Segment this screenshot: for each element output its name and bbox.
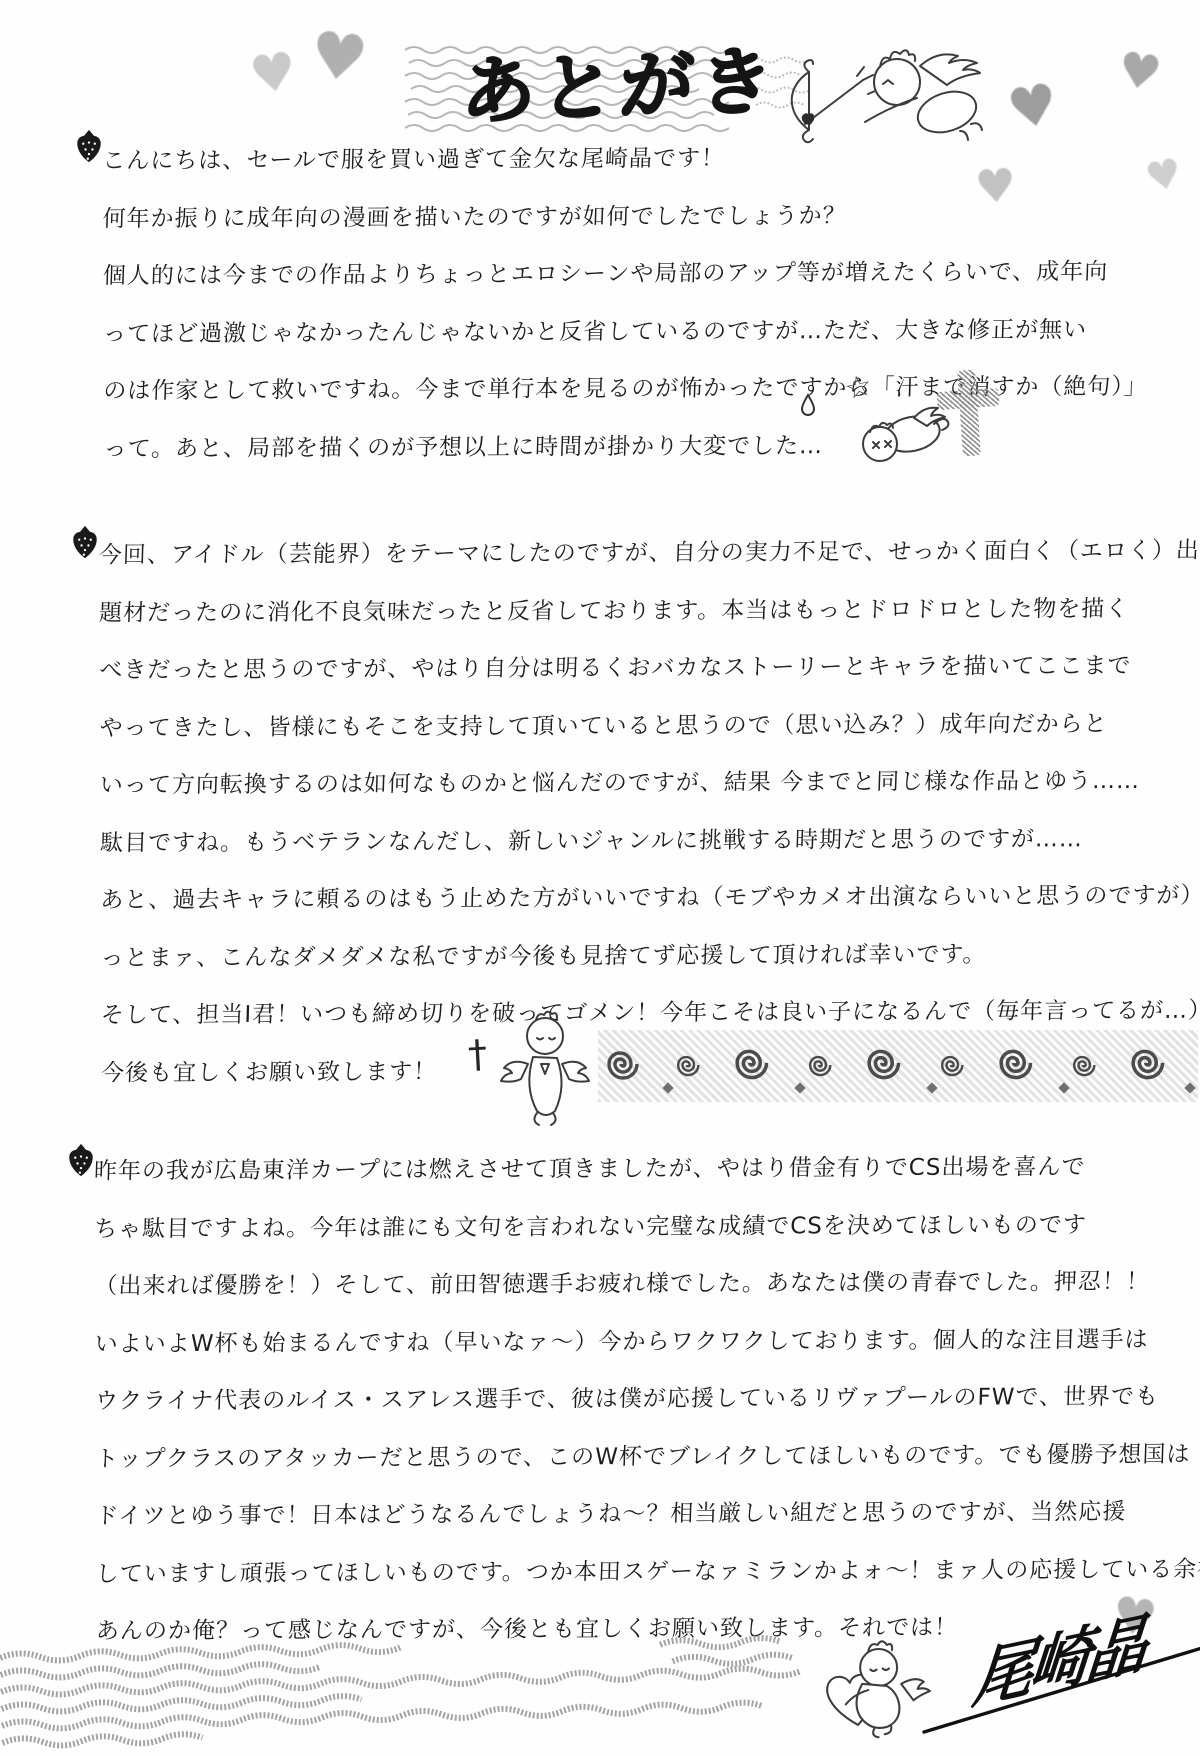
heart-icon: ♥ — [973, 162, 1017, 211]
strawberry-icon — [70, 524, 100, 560]
text-line: 昨年の我が広島東洋カープには燃えさせて頂きましたが、やはり借金有りでCS出場を喜… — [93, 1136, 1200, 1198]
text-line: 駄目ですね。もうベテランなんだし、新しいジャンルに挑戦する時期だと思うのですが…… — [99, 807, 1200, 870]
text-line: 題材だったのに消化不良気味だったと反省しております。本当はもっとドロドロとした物… — [98, 577, 1200, 640]
text-line: していますし頑張ってほしいものです。つか本田スゲーなァミランかよォ～！まァ人の応… — [95, 1538, 1200, 1600]
sweat-drop-icon — [800, 394, 816, 418]
text-line: ウクライナ代表のルイス・スアレス選手で、彼は僕が応援しているリヴァプールのFWで… — [94, 1366, 1200, 1428]
text-line: っとまァ、こんなダメダメな私ですが今後も見捨てず応援して頂ければ幸いです。 — [100, 922, 1200, 985]
heart-icon: ♥ — [1115, 45, 1165, 99]
paragraph-about-work: 今回、アイドル（芸能界）をテーマにしたのですが、自分の実力不足で、せっかく面白く… — [99, 519, 1200, 1099]
text-line: べきだったと思うのですが、やはり自分は明るくおバカなストーリーとキャラを描いてこ… — [98, 634, 1200, 697]
heart-cherub-icon — [815, 1636, 933, 1740]
page-title: あとがき — [459, 22, 780, 139]
strawberry-icon — [66, 1142, 96, 1178]
heart-icon: ♥ — [306, 23, 371, 94]
text-line: いよいよW杯も始まるんですね（早いなァ～）今からワクワクしております。個人的な注… — [94, 1308, 1200, 1370]
text-line: 今回、アイドル（芸能界）をテーマにしたのですが、自分の実力不足で、せっかく面白く… — [98, 519, 1200, 582]
text-line: いって方向転換するのは如何なものかと悩んだのですが、結果 今までと同じ様な作品と… — [99, 749, 1200, 812]
cross-icon — [935, 368, 1003, 458]
cross-icon: † — [467, 1032, 488, 1077]
text-line: ドイツとゆう事で！日本はどうなるんでしょうね～？相当厳しい組だと思うのですが、当… — [95, 1481, 1200, 1543]
wave-lines — [0, 1648, 830, 1753]
heart-icon: ♥ — [247, 45, 300, 103]
strawberry-icon — [74, 128, 104, 164]
text-line: やってきたし、皆様にもそこを支持して頂いていると思うので（思い込み？）成年向だか… — [99, 692, 1200, 755]
heart-icon: ♥ — [1142, 153, 1185, 200]
text-line: （出来れば優勝を！）そして、前田智徳選手お疲れ様でした。あなたは僕の青春でした。… — [94, 1251, 1200, 1313]
spiral-band — [598, 1030, 1198, 1102]
praying-cherub-icon — [500, 1008, 590, 1136]
text-line: トップクラスのアタッカーだと思うので、このW杯でブレイクしてほしいものです。でも… — [94, 1423, 1200, 1485]
text-line: 個人的には今までの作品よりちょっとエロシーンや局部のアップ等が増えたくらいで、成… — [102, 241, 1148, 303]
heart-icon: ♥ — [1004, 76, 1063, 140]
paragraph-sports: 昨年の我が広島東洋カープには燃えさせて頂きましたが、やはり借金有りでCS出場を喜… — [94, 1136, 1200, 1658]
text-line: ってほど過激じゃなかったんじゃないかと反省しているのですが…ただ、大きな修正が無… — [102, 298, 1148, 360]
text-line: ちゃ駄目ですよね。今年は誰にも文句を言われない完璧な成績でCSを決めてほしいもの… — [93, 1193, 1200, 1255]
afterword-page: あとがき ♥ ♥ ♥ — [0, 0, 1200, 1756]
text-line: あと、過去キャラに頼るのはもう止めた方がいいですね（モブやカメオ出演ならいいと思… — [100, 864, 1200, 927]
